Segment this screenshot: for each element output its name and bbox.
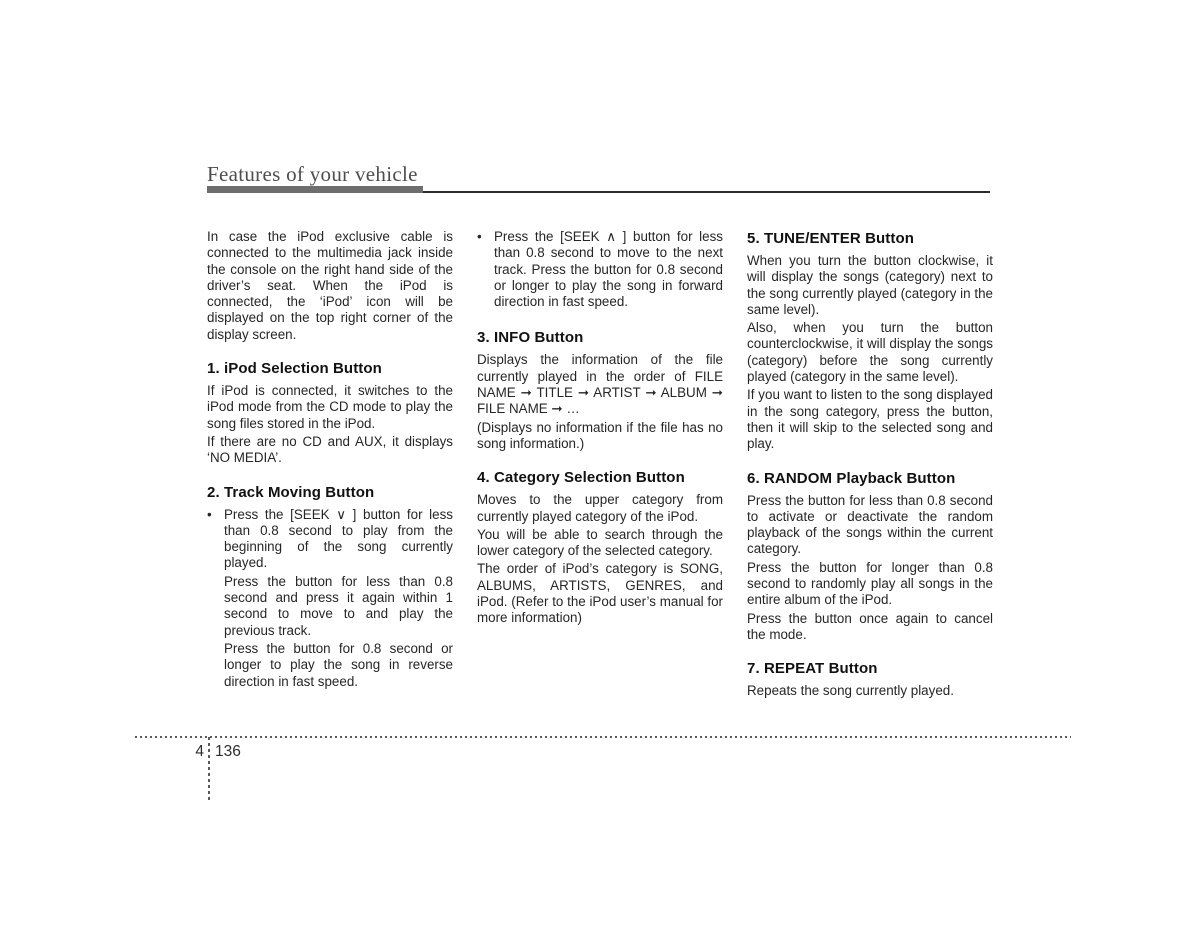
section-2-paragraph: Press the button for less than 0.8 secon… [224, 574, 453, 639]
section-1-paragraph: If there are no CD and AUX, it displays … [207, 434, 453, 467]
section-5-paragraph: Also, when you turn the button countercl… [747, 320, 993, 385]
manual-page: Features of your vehicle In case the iPo… [0, 0, 1200, 927]
bullet-marker: • [207, 507, 224, 692]
header-rule [423, 191, 990, 193]
page-number-divider [208, 737, 210, 800]
section-2-paragraph: Press the [SEEK ∧ ] button for less than… [494, 229, 723, 310]
section-6-paragraph: Press the button once again to cancel th… [747, 611, 993, 644]
section-4-paragraph: You will be able to search through the l… [477, 527, 723, 560]
section-5-heading: 5. TUNE/ENTER Button [747, 229, 993, 248]
column-3: 5. TUNE/ENTER Button When you turn the b… [747, 229, 993, 702]
section-5-paragraph: When you turn the button clockwise, it w… [747, 253, 993, 318]
list-item: • Press the [SEEK ∧ ] button for less th… [477, 229, 723, 312]
section-2-heading: 2. Track Moving Button [207, 483, 453, 502]
list-item: • Press the [SEEK ∨ ] button for less th… [207, 507, 453, 692]
chapter-title: Features of your vehicle [207, 163, 418, 186]
section-6-paragraph: Press the button for less than 0.8 secon… [747, 493, 993, 558]
section-1-heading: 1. iPod Selection Button [207, 359, 453, 378]
page-footer: 4 136 [135, 736, 1071, 806]
section-4-paragraph: Moves to the upper category from current… [477, 492, 723, 525]
section-3-paragraph: Displays the information of the file cur… [477, 352, 723, 417]
section-4-heading: 4. Category Selection Button [477, 468, 723, 487]
section-7-paragraph: Repeats the song currently played. [747, 683, 993, 699]
bullet-marker: • [477, 229, 494, 312]
section-1-paragraph: If iPod is connected, it switches to the… [207, 383, 453, 432]
title-underline-bar [207, 186, 423, 193]
section-2-paragraph: Press the [SEEK ∨ ] button for less than… [224, 507, 453, 572]
footer-dashed-rule [135, 736, 1071, 738]
section-5-paragraph: If you want to listen to the song displa… [747, 387, 993, 452]
list-item-body: Press the [SEEK ∨ ] button for less than… [224, 507, 453, 692]
section-4-paragraph: The order of iPod’s category is SONG, AL… [477, 561, 723, 626]
section-2-paragraph: Press the button for 0.8 second or longe… [224, 641, 453, 690]
list-item-body: Press the [SEEK ∧ ] button for less than… [494, 229, 723, 312]
column-1: In case the iPod exclusive cable is conn… [207, 229, 453, 702]
column-2: • Press the [SEEK ∧ ] button for less th… [477, 229, 723, 702]
section-6-paragraph: Press the button for longer than 0.8 sec… [747, 560, 993, 609]
section-7-heading: 7. REPEAT Button [747, 659, 993, 678]
section-3-heading: 3. INFO Button [477, 328, 723, 347]
section-6-heading: 6. RANDOM Playback Button [747, 469, 993, 488]
page-number: 136 [215, 743, 241, 760]
intro-paragraph: In case the iPod exclusive cable is conn… [207, 229, 453, 343]
content-columns: In case the iPod exclusive cable is conn… [207, 229, 993, 702]
section-3-paragraph: (Displays no information if the file has… [477, 420, 723, 453]
chapter-number: 4 [175, 743, 204, 760]
